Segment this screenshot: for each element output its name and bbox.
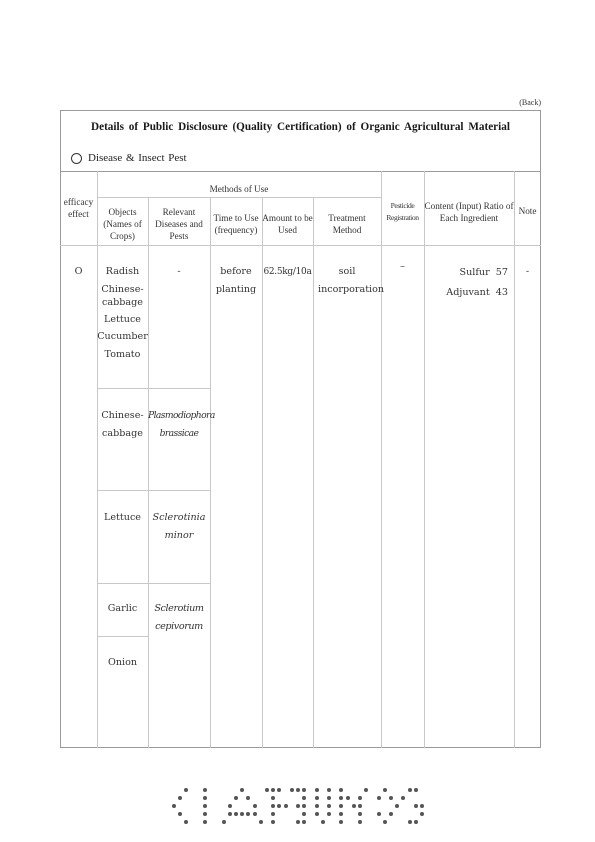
stamp-dot [271,788,275,792]
header-time: Time to Use (frequency) [210,212,262,236]
stamp-dot [234,812,238,816]
row-2-object: Chinese-cabbage [101,410,143,439]
stamp-dot [358,804,362,808]
header-diseases-label: Relevant Diseases and Pests [155,207,203,241]
stamp-dot [395,804,399,808]
crop-name: Lettuce [97,311,148,329]
stamp-dot [315,788,319,792]
header-content-label: Content (Input) Ratio of Each Ingredient [424,201,513,223]
time-value: before planting [215,263,257,299]
stamp-dot [203,812,207,816]
row-4-objects: Garlic [97,600,148,618]
header-methods-of-use: Methods of Use [97,183,381,195]
section-label: Disease & Insect Pest [88,152,187,164]
header-efficacy: efficacy effect [60,196,97,220]
stamp-dot [327,788,331,792]
stamp-dot [383,820,387,824]
stamp-dot [296,820,300,824]
circle-bullet-icon [71,153,82,164]
stamp-dot [389,812,393,816]
stamp-dot [414,804,418,808]
header-pesticide-label: Pesticide Registration [386,201,418,222]
row-4-object: Garlic [108,603,137,614]
stamp-dot [327,796,331,800]
stamp-dot [339,812,343,816]
stamp-dot [246,812,250,816]
stamp-dot [302,796,306,800]
stamp-dot [271,820,275,824]
ingredient-list: Sulfur 57Adjuvant 43 [424,263,508,303]
header-treatment-label: Treatment Method [328,213,365,235]
stamp-dot [327,812,331,816]
table-rule [313,197,314,748]
header-methods-label: Methods of Use [210,184,269,194]
header-content: Content (Input) Ratio of Each Ingredient [424,200,514,224]
stamp-dot [315,812,319,816]
crop-name: Cucumber [97,328,148,346]
stamp-dot [302,788,306,792]
stamp-dot [228,804,232,808]
table-rule [97,197,381,198]
note-value: - [514,263,541,281]
table-rule [210,197,211,748]
stamp-dot [401,796,405,800]
stamp-dot [271,812,275,816]
efficacy-value: O [60,263,97,281]
row-5-object: Onion [108,657,137,668]
stamp-dot [228,812,232,816]
header-treatment: Treatment Method [313,212,381,236]
table-rule [97,388,210,389]
stamp-dot [346,796,350,800]
stamp-dot [358,796,362,800]
stamp-dot [339,796,343,800]
header-amount-label: Amount to be Used [262,213,313,235]
row-4-disease: Sclerotium cepivorum [152,600,206,636]
treatment-value: soil incorporation [318,263,376,299]
stamp-dot [290,788,294,792]
stamp-dot [414,788,418,792]
stamp-dot [234,796,238,800]
stamp-dot [178,812,182,816]
amount-value: 62.5kg/10a [262,263,313,281]
stamp-dot [240,788,244,792]
row-3-object: Lettuce [104,512,141,523]
stamp-dot [203,788,207,792]
stamp-dot [327,804,331,808]
stamp-dot [265,788,269,792]
stamp-dot [315,804,319,808]
row-2-disease: Plasmodiophora brassicae [148,407,210,443]
stamp-dot [203,796,207,800]
table-rule [97,636,148,637]
header-objects-label: Objects (Names of Crops) [103,207,142,241]
row-5-objects: Onion [97,654,148,672]
stamp-dot [203,820,207,824]
ingredient-item: Adjuvant 43 [424,283,508,303]
form-title: Details of Public Disclosure (Quality Ce… [61,121,540,133]
stamp-dot [352,804,356,808]
stamp-dot [271,796,275,800]
crop-name: Chinese-cabbage [97,283,148,309]
stamp-dot [420,812,424,816]
stamp-dot [377,796,381,800]
header-diseases: Relevant Diseases and Pests [148,206,210,242]
table-rule [60,245,541,246]
row-2-objects: Chinese-cabbage [97,407,148,443]
stamp-dot [408,820,412,824]
stamp-dot [259,820,263,824]
ingredient-item: Sulfur 57 [424,263,508,283]
stamp-dot [377,812,381,816]
stamp-dot [315,796,319,800]
header-note-label: Note [519,206,537,216]
crop-name: Radish [97,263,148,281]
stamp-dot [408,788,412,792]
stamp-dot [358,820,362,824]
stamp-dot [364,788,368,792]
header-amount: Amount to be Used [262,212,313,236]
stamp-dot [383,788,387,792]
row-3-objects: Lettuce [97,509,148,527]
stamp-dot [184,788,188,792]
header-efficacy-label: efficacy effect [64,197,93,219]
header-objects: Objects (Names of Crops) [97,206,148,242]
stamp-dot [302,812,306,816]
table-rule [424,171,425,748]
table-rule [97,490,210,491]
section-heading: Disease & Insect Pest [71,152,187,164]
stamp-dot [339,820,343,824]
stamp-dot [389,796,393,800]
stamp-dot [296,804,300,808]
stamp-dot [246,796,250,800]
stamp-dot [172,804,176,808]
stamp-dot [222,820,226,824]
stamp-dot [271,804,275,808]
page-side-label: (Back) [519,98,541,107]
table-rule [97,583,210,584]
stamp-dot [203,804,207,808]
crop-name: Tomato [97,346,148,364]
stamp-dot [184,820,188,824]
row-3-disease: Sclerotinia minor [152,509,206,545]
header-note: Note [514,205,541,217]
stamp-dot [277,788,281,792]
pesticide-value: – [381,258,424,276]
stamp-dot [296,788,300,792]
stamp-dot [302,804,306,808]
stamp-dot [358,812,362,816]
row-1-objects: RadishChinese-cabbageLettuceCucumberToma… [97,263,148,363]
table-rule [514,171,515,748]
stamp-dot [253,804,257,808]
stamp-dot [284,804,288,808]
stamp-dot [253,812,257,816]
stamp-dot [339,788,343,792]
row-1-disease: - [148,263,210,281]
table-rule [60,171,541,172]
stamp-dot [339,804,343,808]
header-pesticide: Pesticide Registration [381,200,424,224]
stamp-dot [414,820,418,824]
stamp-dot [277,804,281,808]
stamp-dot [302,820,306,824]
stamp-dot [321,820,325,824]
stamp-dot [420,804,424,808]
stamp-dot [240,812,244,816]
stamp-dot [178,796,182,800]
header-time-label: Time to Use (frequency) [213,213,258,235]
